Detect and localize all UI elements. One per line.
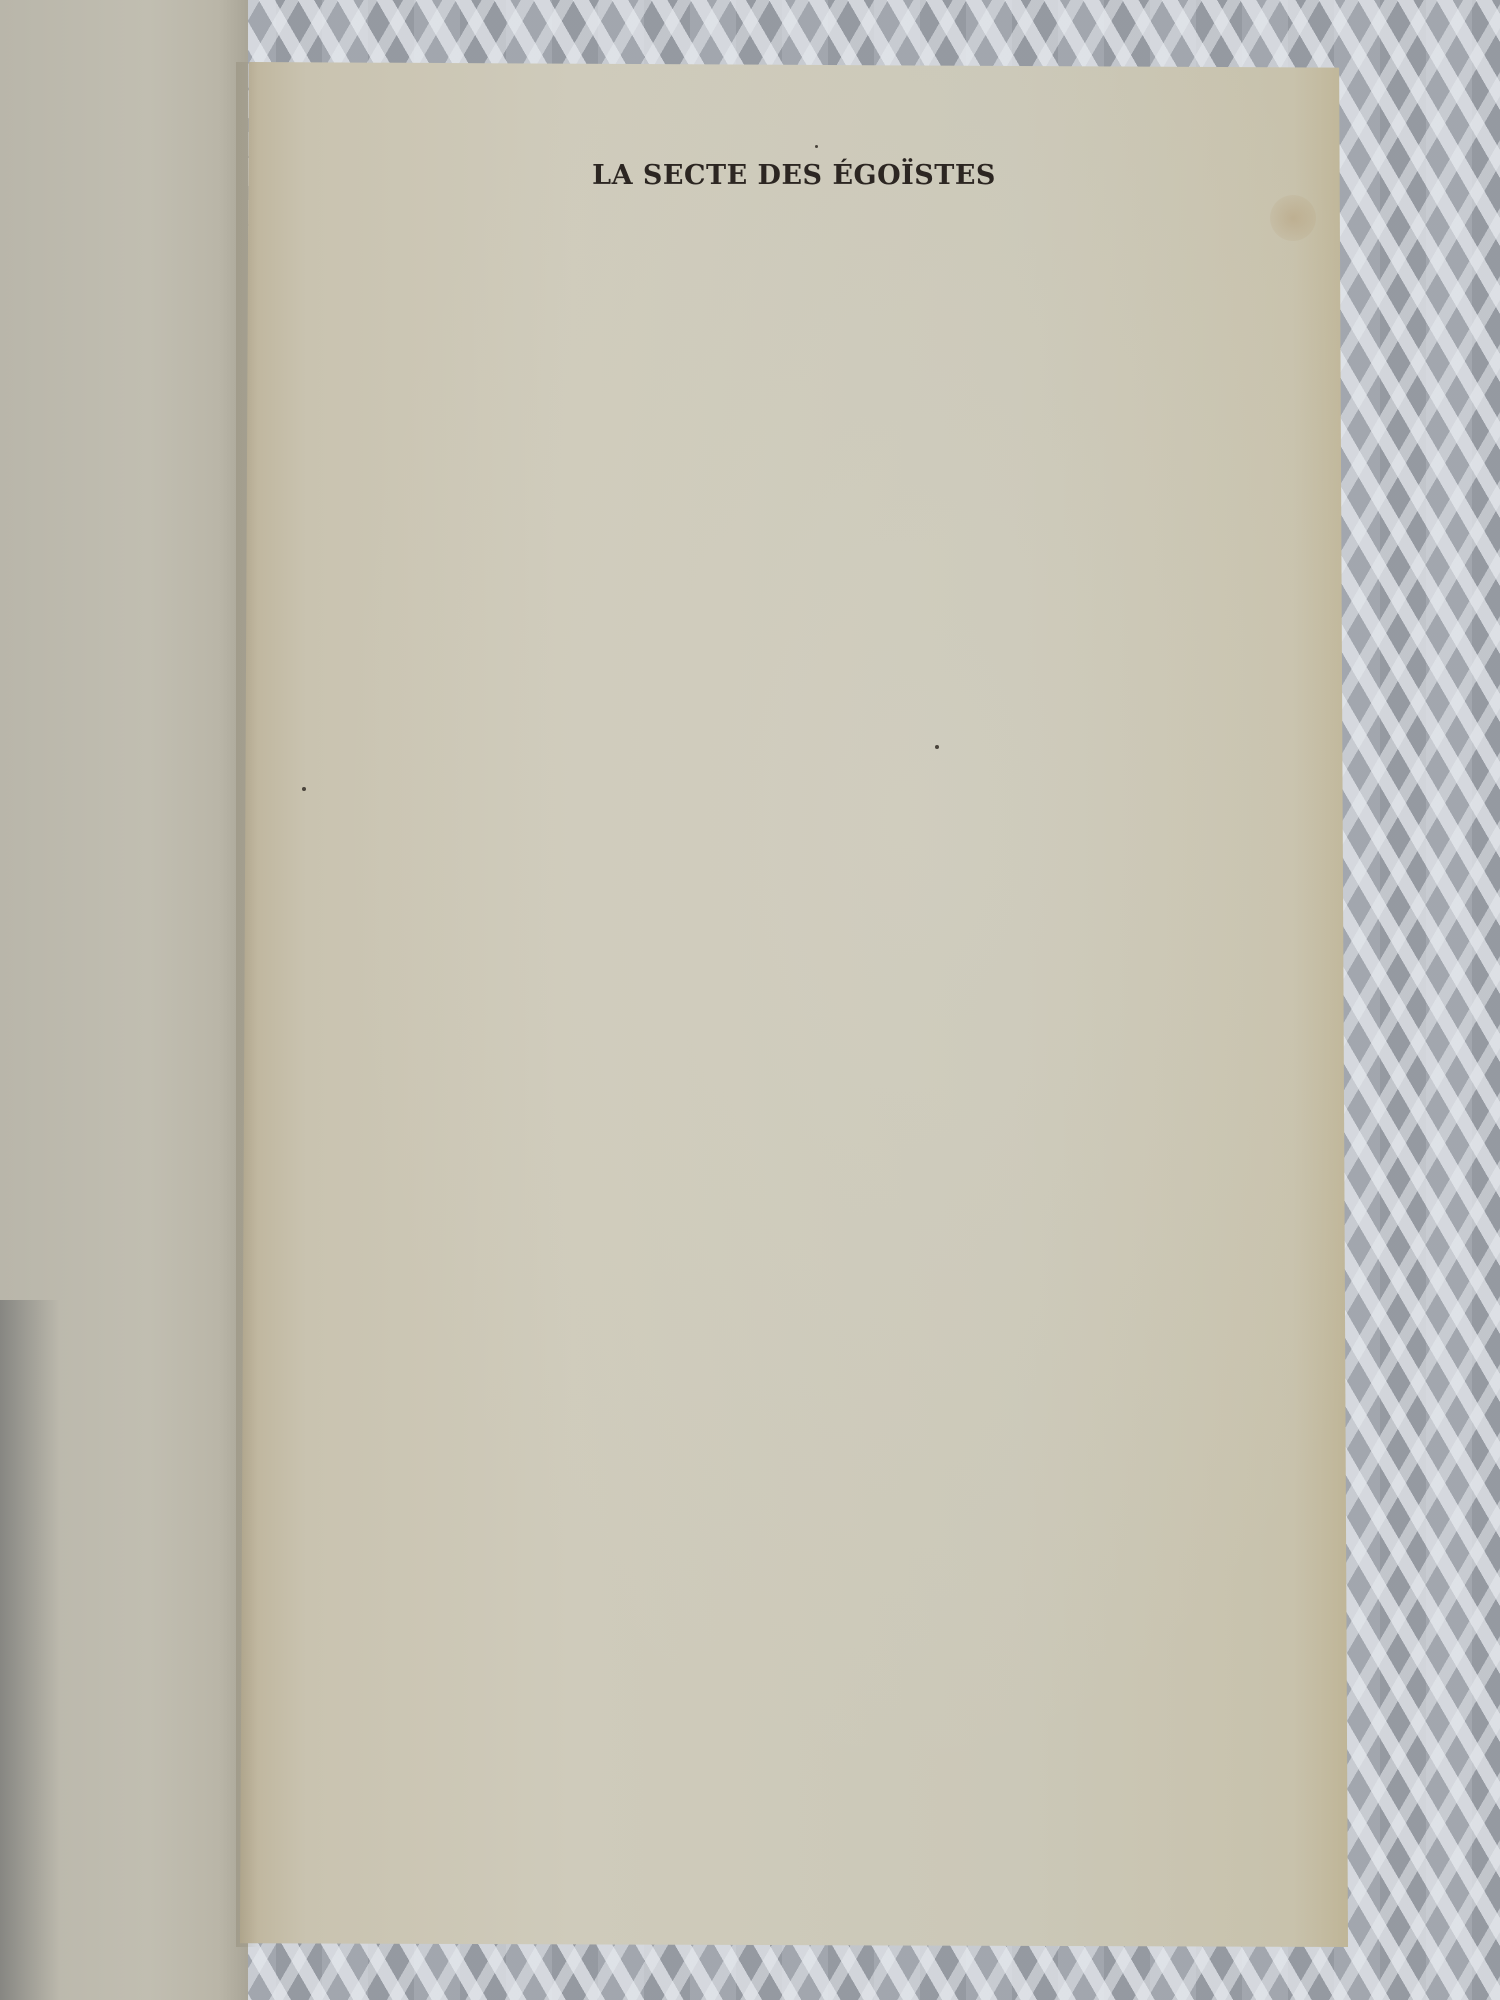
book-gutter bbox=[236, 62, 258, 1947]
page-running-head: LA SECTE DES ÉGOÏSTES bbox=[240, 160, 1348, 191]
right-book-page bbox=[240, 62, 1348, 1947]
left-page-shadow bbox=[0, 1300, 60, 2000]
paper-speck bbox=[815, 145, 818, 148]
paper-speck bbox=[302, 787, 306, 791]
paper-speck bbox=[935, 745, 939, 749]
left-book-page bbox=[0, 0, 248, 2000]
paper-stain bbox=[1270, 195, 1316, 241]
